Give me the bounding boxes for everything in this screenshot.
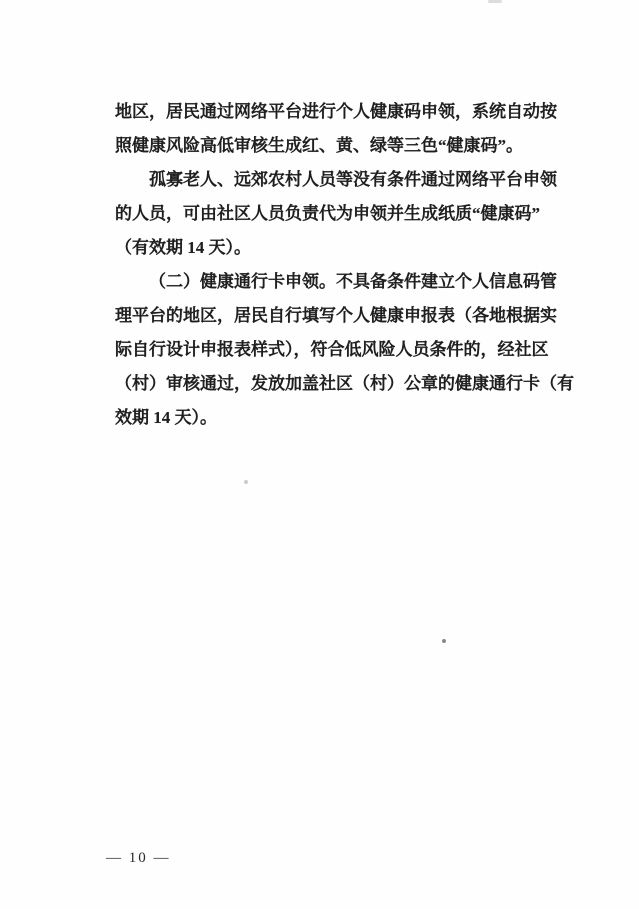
scan-smudge — [488, 0, 502, 3]
text-line: 地区，居民通过网络平台进行个人健康码申领，系统自动按 — [115, 95, 567, 129]
text-line: 孤寡老人、远郊农村人员等没有条件通过网络平台申领 — [115, 163, 567, 197]
scan-speck — [442, 639, 446, 643]
scan-speck — [244, 480, 248, 484]
text-line: 的人员，可由社区人员负责代为申领并生成纸质“健康码” — [115, 197, 567, 231]
body-text: 地区，居民通过网络平台进行个人健康码申领，系统自动按 照健康风险高低审核生成红、… — [115, 95, 567, 435]
text-line: （二）健康通行卡申领。不具备条件建立个人信息码管 — [115, 265, 567, 299]
text-line: 效期 14 天）。 — [115, 401, 567, 435]
text-line: 理平台的地区，居民自行填写个人健康申报表（各地根据实 — [115, 299, 567, 333]
page-number: — 10 — — [106, 850, 171, 867]
text-line: 际自行设计申报表样式），符合低风险人员条件的，经社区 — [115, 333, 567, 367]
text-line: 照健康风险高低审核生成红、黄、绿等三色“健康码”。 — [115, 129, 567, 163]
text-line: （村）审核通过，发放加盖社区（村）公章的健康通行卡（有 — [115, 367, 567, 401]
text-line: （有效期 14 天）。 — [115, 231, 567, 265]
document-page: 地区，居民通过网络平台进行个人健康码申领，系统自动按 照健康风险高低审核生成红、… — [0, 0, 639, 909]
